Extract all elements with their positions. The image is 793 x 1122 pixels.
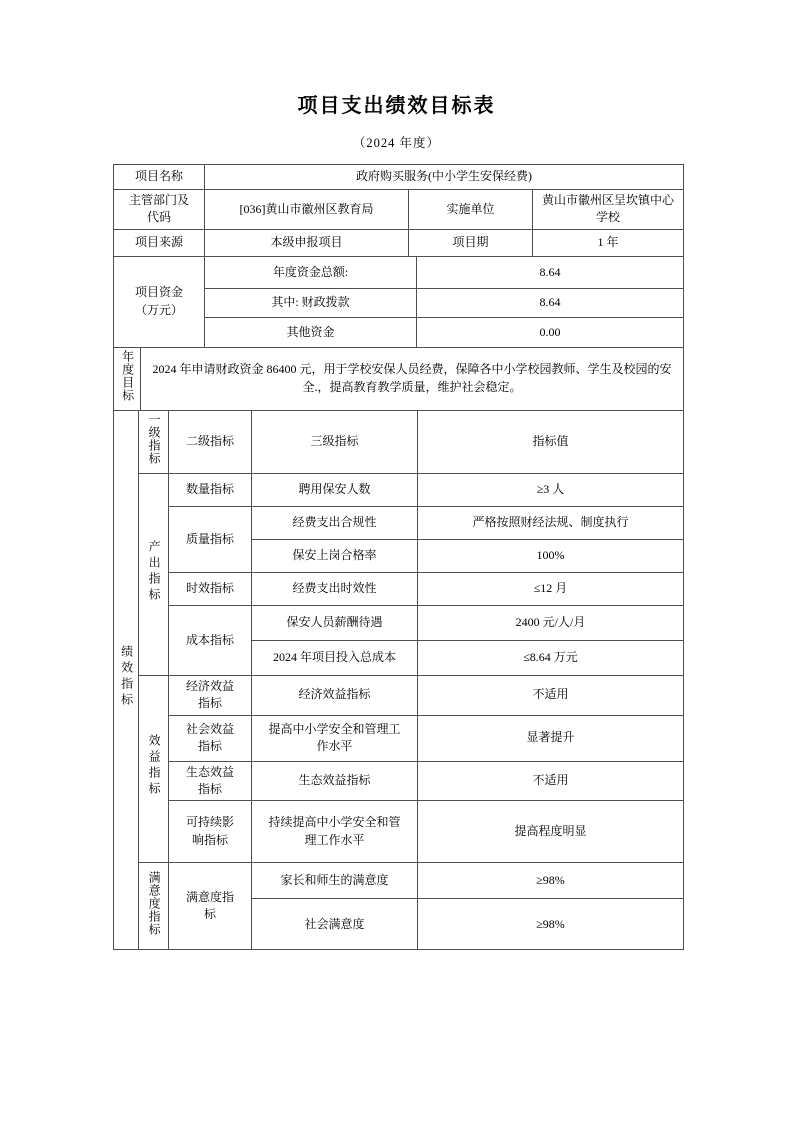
document-page: 项目支出绩效目标表 （2024 年度） 项目名称 政府购买服务(中小学生安保经费… <box>0 0 793 1122</box>
performance-indicators-table: 绩效指标 一级指标 二级指标 三级指标 指标值 产出指标 数量指标 聘用保安人数… <box>113 410 684 951</box>
indicator-value-cell: 提高程度明显 <box>418 801 684 863</box>
level2-cell: 质量指标 <box>169 506 252 572</box>
level2-cell: 满意度指 标 <box>169 863 252 950</box>
performance-side-label-text: 绩效指标 <box>119 645 132 709</box>
page-title: 项目支出绩效目标表 <box>0 0 793 118</box>
department-value: [036]黄山市徽州区教育局 <box>205 190 409 230</box>
level2-cell: 时效指标 <box>169 572 252 605</box>
group-output-label: 产出指标 <box>139 473 169 675</box>
table-row: 社会效益 指标 提高中小学安全和管理工 作水平 显著提升 <box>114 715 684 761</box>
level2-cell: 经济效益 指标 <box>169 675 252 715</box>
project-name-value: 政府购买服务(中小学生安保经费) <box>205 165 684 190</box>
funds-fiscal-label: 其中: 财政拨款 <box>205 288 417 317</box>
level2-cell: 成本指标 <box>169 605 252 675</box>
project-period-label: 项目期 <box>409 229 533 256</box>
level3-cell: 2024 年项目投入总成本 <box>252 640 418 675</box>
level1-header: 一级指标 <box>139 410 169 473</box>
group-benefit-label: 效益指标 <box>139 675 169 863</box>
funds-fiscal-value: 8.64 <box>417 288 684 317</box>
page-subtitle: （2024 年度） <box>0 133 793 151</box>
indicator-value-cell: 100% <box>418 539 684 572</box>
level3-cell: 家长和师生的满意度 <box>252 863 418 899</box>
implementing-unit-label: 实施单位 <box>409 190 533 230</box>
funds-label: 项目资金 （万元） <box>114 256 205 347</box>
level3-cell: 持续提高中小学安全和管 理工作水平 <box>252 801 418 863</box>
table-row: 满意度指标 满意度指 标 家长和师生的满意度 ≥98% <box>114 863 684 899</box>
table-row: 产出指标 数量指标 聘用保安人数 ≥3 人 <box>114 473 684 506</box>
annual-goal-label-text: 年度目标 <box>120 350 133 402</box>
funds-total-value: 8.64 <box>417 256 684 288</box>
table-row: 效益指标 经济效益 指标 经济效益指标 不适用 <box>114 675 684 715</box>
indicator-value-cell: ≤12 月 <box>418 572 684 605</box>
group-output-label-text: 产出指标 <box>147 540 160 604</box>
indicator-value-cell: 显著提升 <box>418 715 684 761</box>
table-row: 生态效益 指标 生态效益指标 不适用 <box>114 761 684 801</box>
level3-cell: 保安上岗合格率 <box>252 539 418 572</box>
level3-cell: 聘用保安人数 <box>252 473 418 506</box>
funds-other-label: 其他资金 <box>205 317 417 347</box>
indicator-value-cell: 严格按照财经法规、制度执行 <box>418 506 684 539</box>
table-row: 成本指标 保安人员薪酬待遇 2400 元/人/月 <box>114 605 684 640</box>
level3-cell: 生态效益指标 <box>252 761 418 801</box>
group-benefit-label-text: 效益指标 <box>147 734 160 798</box>
annual-goal-text: 2024 年申请财政资金 86400 元，用于学校安保人员经费，保障各中小学校园… <box>141 347 684 410</box>
table-row: 质量指标 经费支出合规性 严格按照财经法规、制度执行 <box>114 506 684 539</box>
department-label: 主管部门及 代码 <box>114 190 205 230</box>
indicator-value-cell: ≤8.64 万元 <box>418 640 684 675</box>
group-satisfaction-label: 满意度指标 <box>139 863 169 950</box>
implementing-unit-value: 黄山市徽州区呈坎镇中心 学校 <box>533 190 684 230</box>
level3-cell: 提高中小学安全和管理工 作水平 <box>252 715 418 761</box>
indicator-value-cell: ≥98% <box>418 899 684 950</box>
group-satisfaction-label-text: 满意度指标 <box>147 871 160 936</box>
table-row: 绩效指标 一级指标 二级指标 三级指标 指标值 <box>114 410 684 473</box>
level2-header: 二级指标 <box>169 410 252 473</box>
level2-cell: 生态效益 指标 <box>169 761 252 801</box>
level3-cell: 经费支出时效性 <box>252 572 418 605</box>
project-period-value: 1 年 <box>533 229 684 256</box>
level1-header-text: 一级指标 <box>147 413 160 465</box>
table-row: 主管部门及 代码 [036]黄山市徽州区教育局 实施单位 黄山市徽州区呈坎镇中心… <box>114 190 684 230</box>
table-row: 项目名称 政府购买服务(中小学生安保经费) <box>114 165 684 190</box>
indicator-value-cell: ≥3 人 <box>418 473 684 506</box>
level2-cell: 社会效益 指标 <box>169 715 252 761</box>
level2-cell: 数量指标 <box>169 473 252 506</box>
level3-cell: 保安人员薪酬待遇 <box>252 605 418 640</box>
table-row: 年度目标 2024 年申请财政资金 86400 元，用于学校安保人员经费，保障各… <box>114 347 684 410</box>
level2-cell: 可持续影 响指标 <box>169 801 252 863</box>
table-row: 项目来源 本级申报项目 项目期 1 年 <box>114 229 684 256</box>
indicator-value-cell: 2400 元/人/月 <box>418 605 684 640</box>
project-source-value: 本级申报项目 <box>205 229 409 256</box>
project-source-label: 项目来源 <box>114 229 205 256</box>
indicator-value-cell: 不适用 <box>418 675 684 715</box>
level3-cell: 经费支出合规性 <box>252 506 418 539</box>
project-info-table: 项目名称 政府购买服务(中小学生安保经费) 主管部门及 代码 [036]黄山市徽… <box>113 164 684 257</box>
indicator-value-cell: ≥98% <box>418 863 684 899</box>
indicator-value-cell: 不适用 <box>418 761 684 801</box>
level3-header: 三级指标 <box>252 410 418 473</box>
performance-side-label: 绩效指标 <box>114 410 139 950</box>
indicator-value-header: 指标值 <box>418 410 684 473</box>
funds-total-label: 年度资金总额: <box>205 256 417 288</box>
table-row: 时效指标 经费支出时效性 ≤12 月 <box>114 572 684 605</box>
level3-cell: 经济效益指标 <box>252 675 418 715</box>
level3-cell: 社会满意度 <box>252 899 418 950</box>
annual-goal-label: 年度目标 <box>114 347 141 410</box>
table-row: 项目资金 （万元） 年度资金总额: 8.64 <box>114 256 684 288</box>
project-name-label: 项目名称 <box>114 165 205 190</box>
table-row: 可持续影 响指标 持续提高中小学安全和管 理工作水平 提高程度明显 <box>114 801 684 863</box>
annual-goal-table: 年度目标 2024 年申请财政资金 86400 元，用于学校安保人员经费，保障各… <box>113 347 684 411</box>
project-funds-table: 项目资金 （万元） 年度资金总额: 8.64 其中: 财政拨款 8.64 其他资… <box>113 256 684 348</box>
funds-other-value: 0.00 <box>417 317 684 347</box>
